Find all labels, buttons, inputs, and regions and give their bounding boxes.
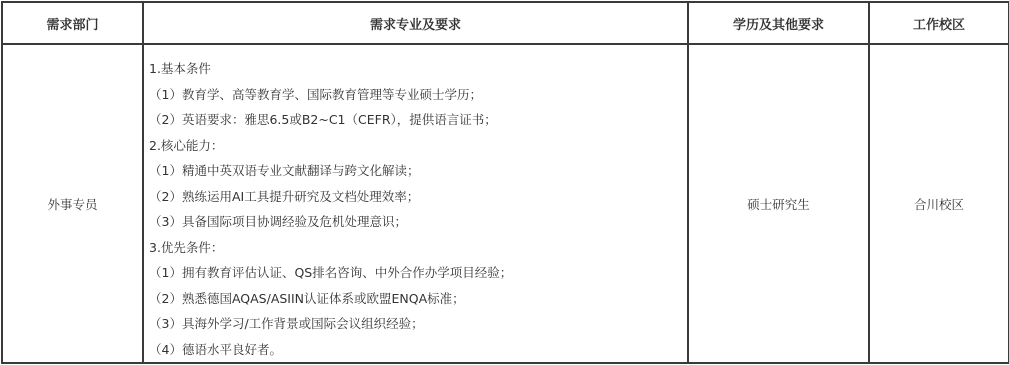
requirement-item: （2）英语要求：雅思6.5或B2~C1（CEFR），提供语言证书； <box>149 107 687 133</box>
recruitment-requirements-table: 需求部门 需求专业及要求 学历及其他要求 工作校区 外事专员 1.基本条件 （1… <box>1 1 1009 364</box>
header-education: 学历及其他要求 <box>688 2 869 44</box>
requirement-item: （3）具备国际项目协调经验及危机处理意识； <box>149 209 687 235</box>
requirement-item: （1）拥有教育评估认证、QS排名咨询、中外合作办学项目经验； <box>149 260 687 286</box>
requirement-item: （4）德语水平良好者。 <box>149 337 687 363</box>
section-heading-core: 2.核心能力： <box>149 133 687 159</box>
requirement-item: （1）教育学、高等教育学、国际教育管理等专业硕士学历； <box>149 82 687 108</box>
header-department: 需求部门 <box>2 2 143 44</box>
section-heading-basic: 1.基本条件 <box>149 56 687 82</box>
requirement-item: （2）熟练运用AI工具提升研究及文档处理效率； <box>149 184 687 210</box>
table-header-row: 需求部门 需求专业及要求 学历及其他要求 工作校区 <box>2 2 1009 44</box>
requirement-item: （2）熟悉德国AQAS/ASIIN认证体系或欧盟ENQA标准； <box>149 286 687 312</box>
requirement-item: （3）具海外学习/工作背景或国际会议组织经验； <box>149 311 687 337</box>
requirement-item: （1）精通中英双语专业文献翻译与跨文化解读； <box>149 158 687 184</box>
department-cell: 外事专员 <box>2 44 143 363</box>
header-campus: 工作校区 <box>869 2 1009 44</box>
education-cell: 硕士研究生 <box>688 44 869 363</box>
section-heading-preferred: 3.优先条件： <box>149 235 687 261</box>
table-row: 外事专员 1.基本条件 （1）教育学、高等教育学、国际教育管理等专业硕士学历； … <box>2 44 1009 363</box>
header-requirements: 需求专业及要求 <box>143 2 688 44</box>
requirements-cell: 1.基本条件 （1）教育学、高等教育学、国际教育管理等专业硕士学历； （2）英语… <box>143 44 688 363</box>
campus-cell: 合川校区 <box>869 44 1009 363</box>
